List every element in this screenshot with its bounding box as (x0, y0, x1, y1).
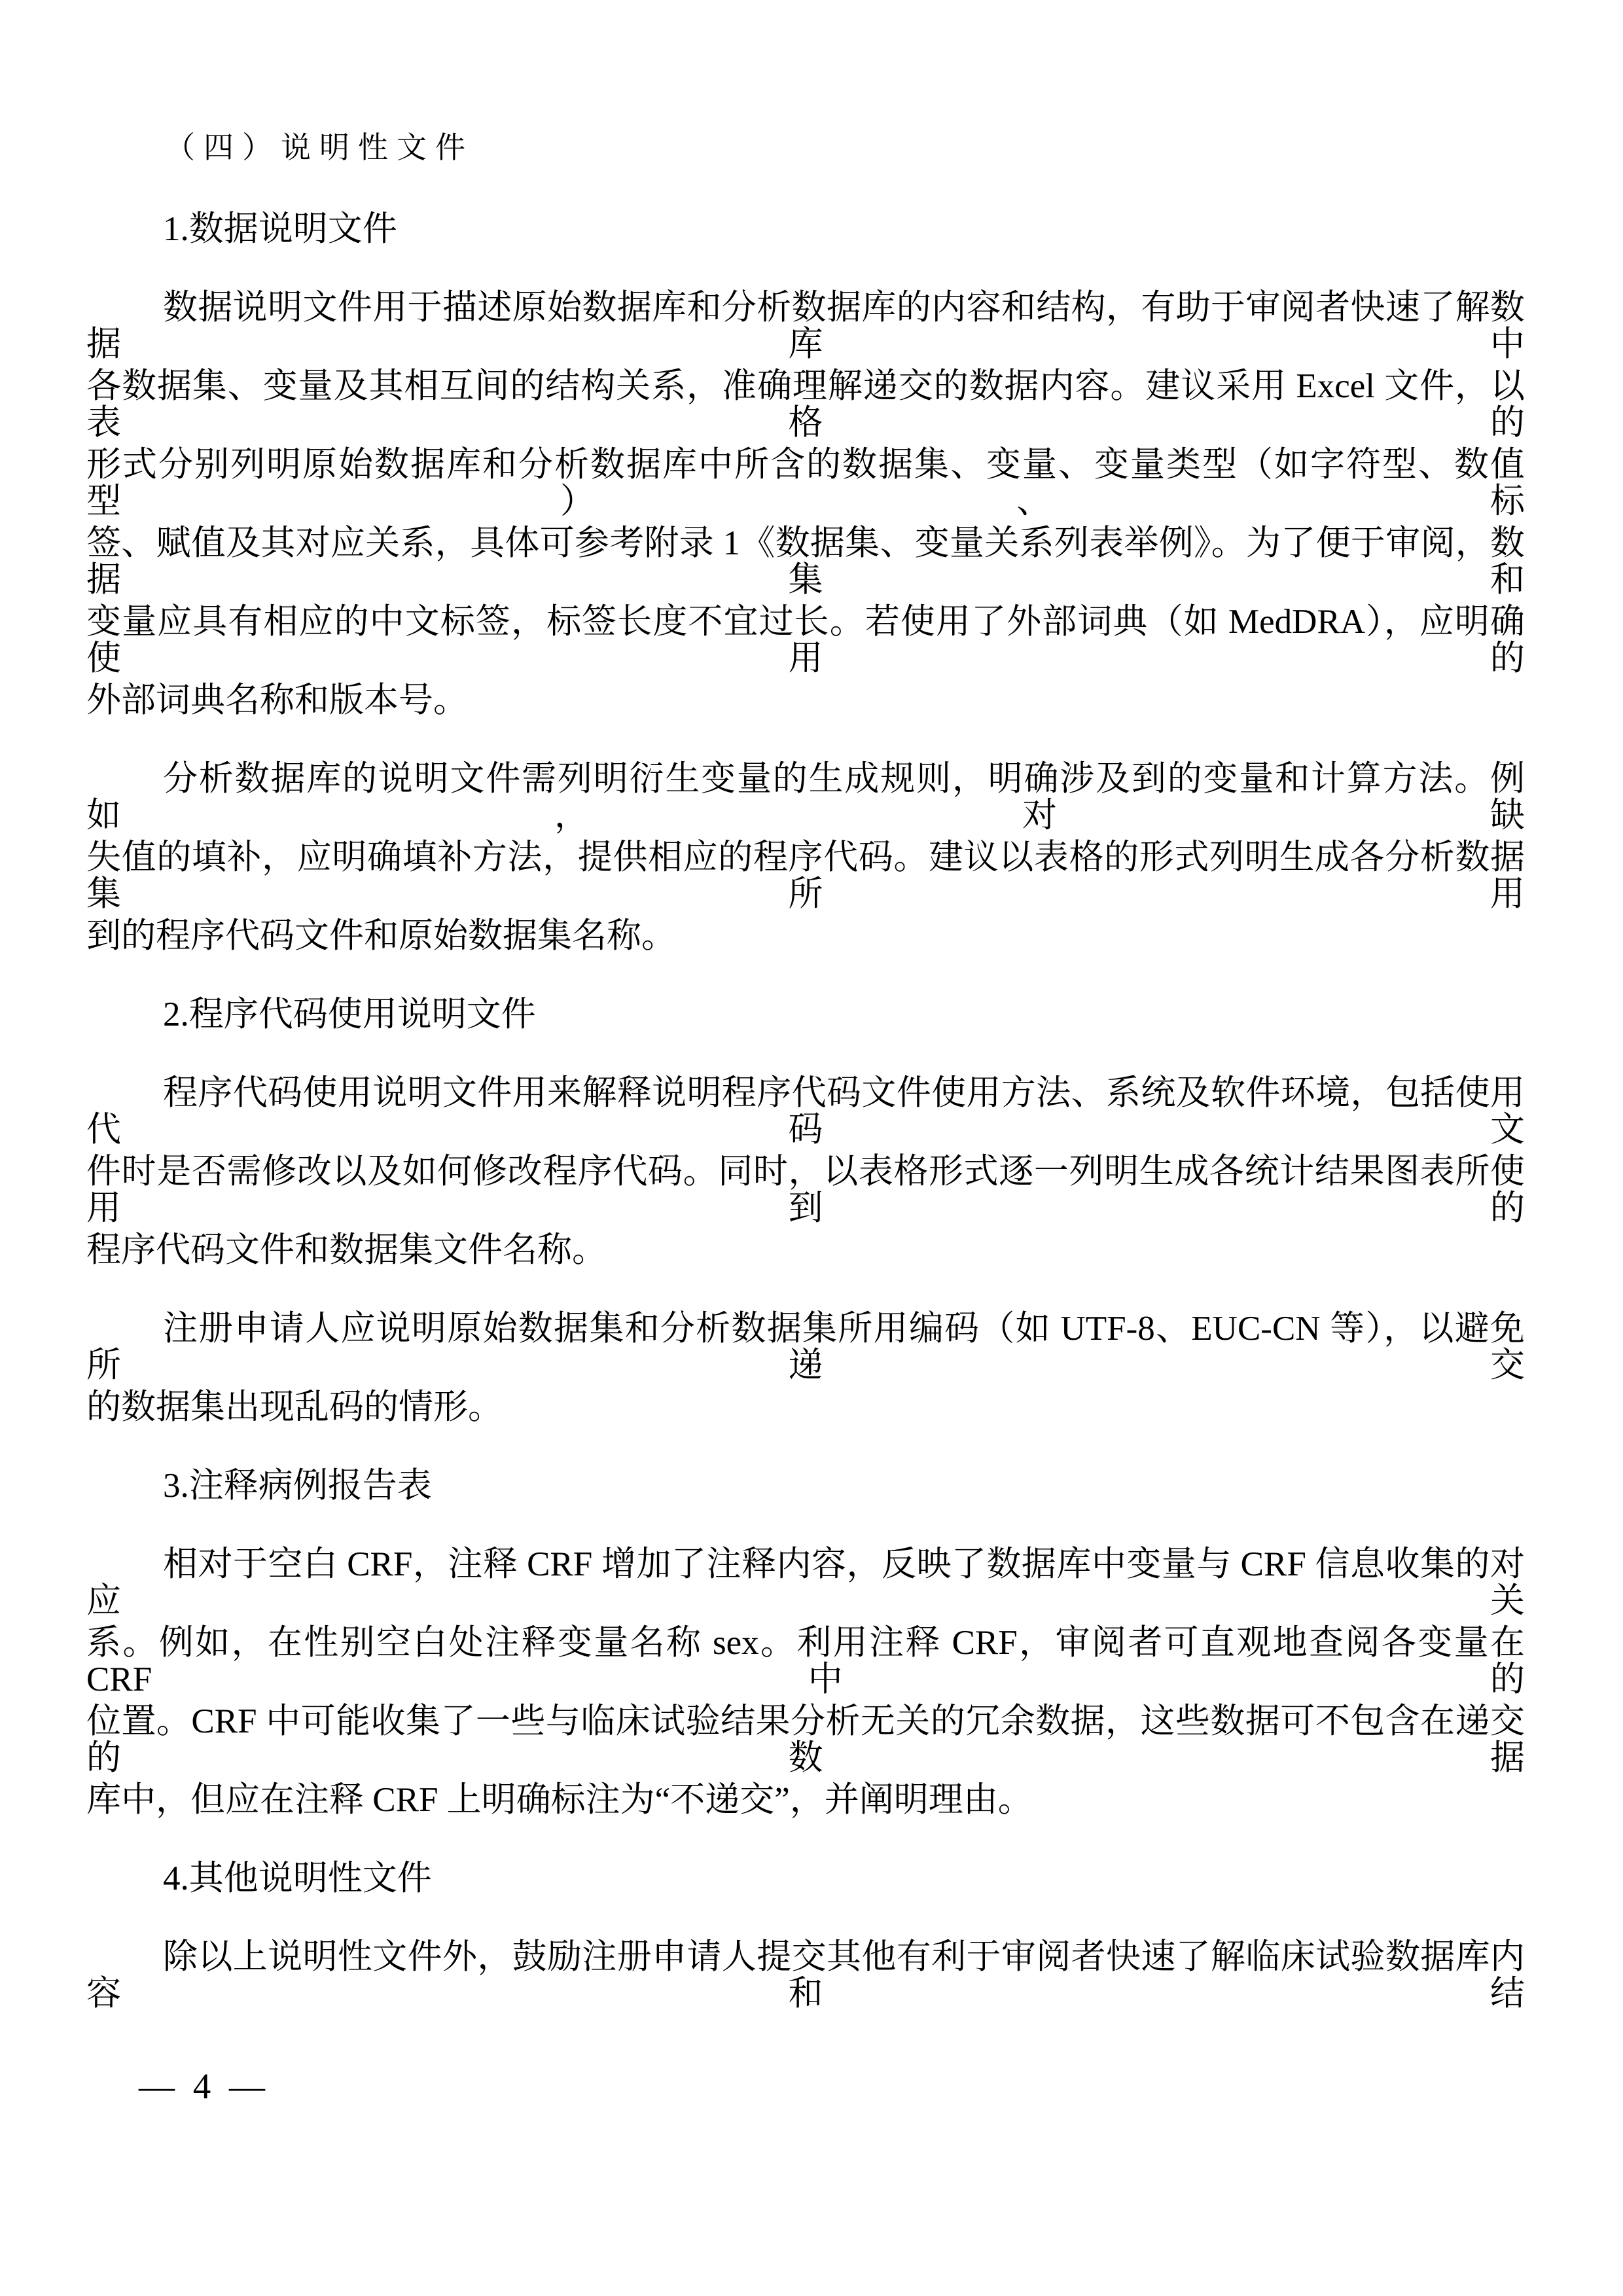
text-line: 失值的填补，应明确填补方法，提供相应的程序代码。建议以表格的形式列明生成各分析数… (86, 839, 1525, 912)
text-line: 注册申请人应说明原始数据集和分析数据集所用编码（如 UTF-8、EUC-CN 等… (86, 1310, 1525, 1384)
text-line: 相对于空白 CRF，注释 CRF 增加了注释内容，反映了数据库中变量与 CRF … (86, 1546, 1525, 1619)
text-line: 件时是否需修改以及如何修改程序代码。同时，以表格形式逐一列明生成各统计结果图表所… (86, 1153, 1525, 1227)
page-number: — 4 — (139, 2067, 265, 2106)
text-line: 系。例如，在性别空白处注释变量名称 sex。利用注释 CRF，审阅者可直观地查阅… (86, 1624, 1525, 1698)
text-line: 的数据集出现乱码的情形。 (86, 1389, 1525, 1426)
subheading: 3.注释病例报告表 (86, 1467, 1525, 1504)
subheading: 4.其他说明性文件 (86, 1860, 1525, 1897)
text-line: 外部词典名称和版本号。 (86, 682, 1525, 719)
text-line: 各数据集、变量及其相互间的结构关系，准确理解递交的数据内容。建议采用 Excel… (86, 368, 1525, 441)
document-page: （四）说明性文件 1.数据说明文件数据说明文件用于描述原始数据库和分析数据库的内… (0, 0, 1623, 2296)
text-line: 除以上说明性文件外，鼓励注册申请人提交其他有利于审阅者快速了解临床试验数据库内容… (86, 1939, 1525, 2012)
text-line: 形式分别列明原始数据库和分析数据库中所含的数据集、变量、变量类型（如字符型、数值… (86, 446, 1525, 520)
section-heading: （四）说明性文件 (86, 131, 1525, 165)
text-line: 分析数据库的说明文件需列明衍生变量的生成规则，明确涉及到的变量和计算方法。例如，… (86, 761, 1525, 834)
text-line: 数据说明文件用于描述原始数据库和分析数据库的内容和结构，有助于审阅者快速了解数据… (86, 289, 1525, 363)
text-line: 变量应具有相应的中文标签，标签长度不宜过长。若使用了外部词典（如 MedDRA）… (86, 603, 1525, 677)
text-line: 位置。CRF 中可能收集了一些与临床试验结果分析无关的冗余数据，这些数据可不包含… (86, 1703, 1525, 1776)
text-line: 程序代码文件和数据集文件名称。 (86, 1232, 1525, 1268)
text-line: 签、赋值及其对应关系，具体可参考附录 1《数据集、变量关系列表举例》。为了便于审… (86, 525, 1525, 598)
subheading: 2.程序代码使用说明文件 (86, 996, 1525, 1033)
subheading: 1.数据说明文件 (86, 211, 1525, 247)
text-line: 到的程序代码文件和原始数据集名称。 (86, 918, 1525, 954)
text-line: 库中，但应在注释 CRF 上明确标注为“不递交”，并阐明理由。 (86, 1782, 1525, 1818)
text-line: 程序代码使用说明文件用来解释说明程序代码文件使用方法、系统及软件环境，包括使用代… (86, 1075, 1525, 1148)
